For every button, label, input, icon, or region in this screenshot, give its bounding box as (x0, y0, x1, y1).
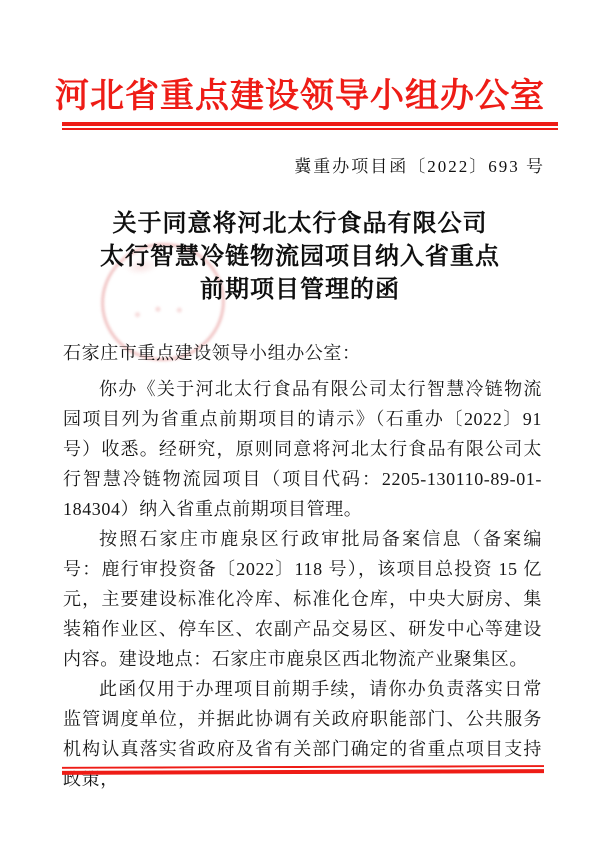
body-paragraph-1: 你办《关于河北太行食品有限公司太行智慧冷链物流园项目列为省重点前期项目的请示》（… (63, 374, 542, 524)
body-paragraph-2: 按照石家庄市鹿泉区行政审批局备案信息（备案编号：鹿行审投资备〔2022〕118 … (63, 524, 542, 674)
document-body: 石家庄市重点建设领导小组办公室： 你办《关于河北太行食品有限公司太行智慧冷链物流… (63, 338, 542, 794)
salutation: 石家庄市重点建设领导小组办公室： (63, 338, 542, 368)
official-letter-page: 河北省重点建设领导小组办公室 冀重办项目函〔2022〕693 号 关于同意将河北… (0, 0, 600, 867)
document-number: 冀重办项目函〔2022〕693 号 (294, 152, 545, 177)
letterhead-divider-line (62, 122, 558, 130)
title-line-1: 关于同意将河北太行食品有限公司 (0, 208, 600, 241)
divider-thin-bar (62, 128, 558, 130)
letterhead-org-name: 河北省重点建设领导小组办公室 (0, 68, 600, 117)
body-paragraph-3: 此函仅用于办理项目前期手续，请你办负责落实日常监管调度单位，并据此协调有关政府职… (63, 674, 542, 794)
document-title: 关于同意将河北太行食品有限公司 太行智慧冷链物流园项目纳入省重点 前期项目管理的… (0, 208, 600, 307)
title-line-3: 前期项目管理的函 (0, 274, 600, 307)
title-line-2: 太行智慧冷链物流园项目纳入省重点 (0, 241, 600, 274)
